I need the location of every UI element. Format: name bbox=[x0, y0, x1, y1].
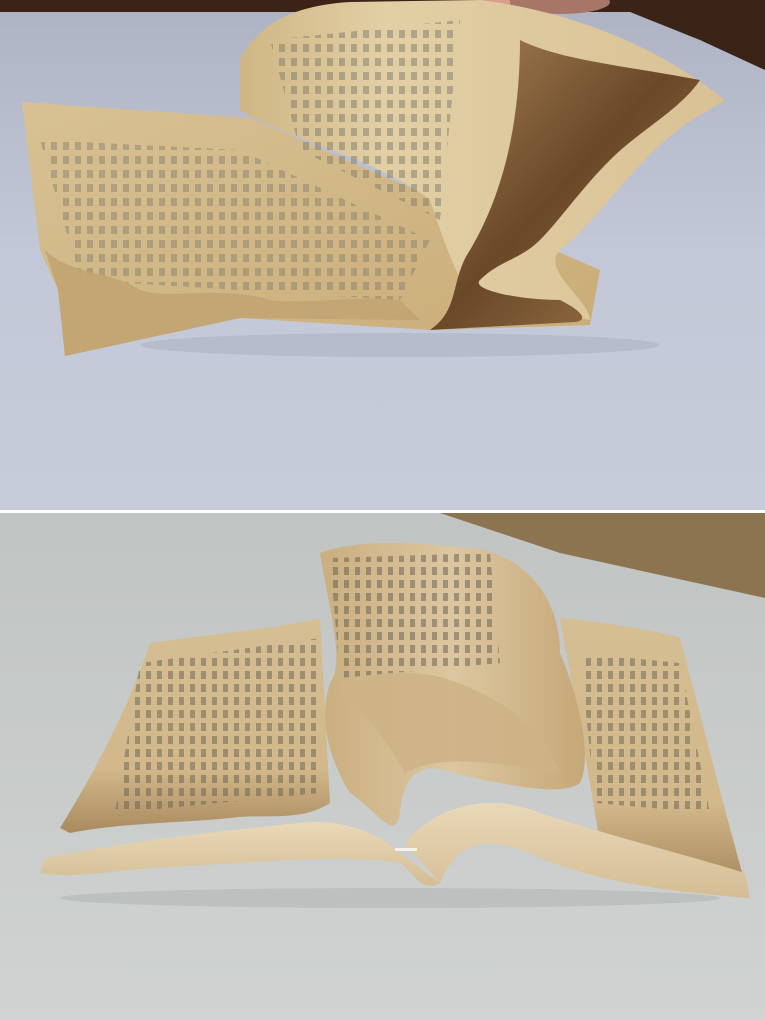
binding-thread bbox=[395, 848, 417, 851]
curled-page-text bbox=[330, 553, 500, 678]
photo-bottom-book-curled-page bbox=[0, 513, 765, 1020]
photo-top-book-lifted-pages bbox=[0, 0, 765, 510]
left-page-text bbox=[115, 638, 320, 813]
book-illustration-bottom bbox=[0, 513, 765, 1020]
book-illustration-top bbox=[0, 0, 765, 510]
